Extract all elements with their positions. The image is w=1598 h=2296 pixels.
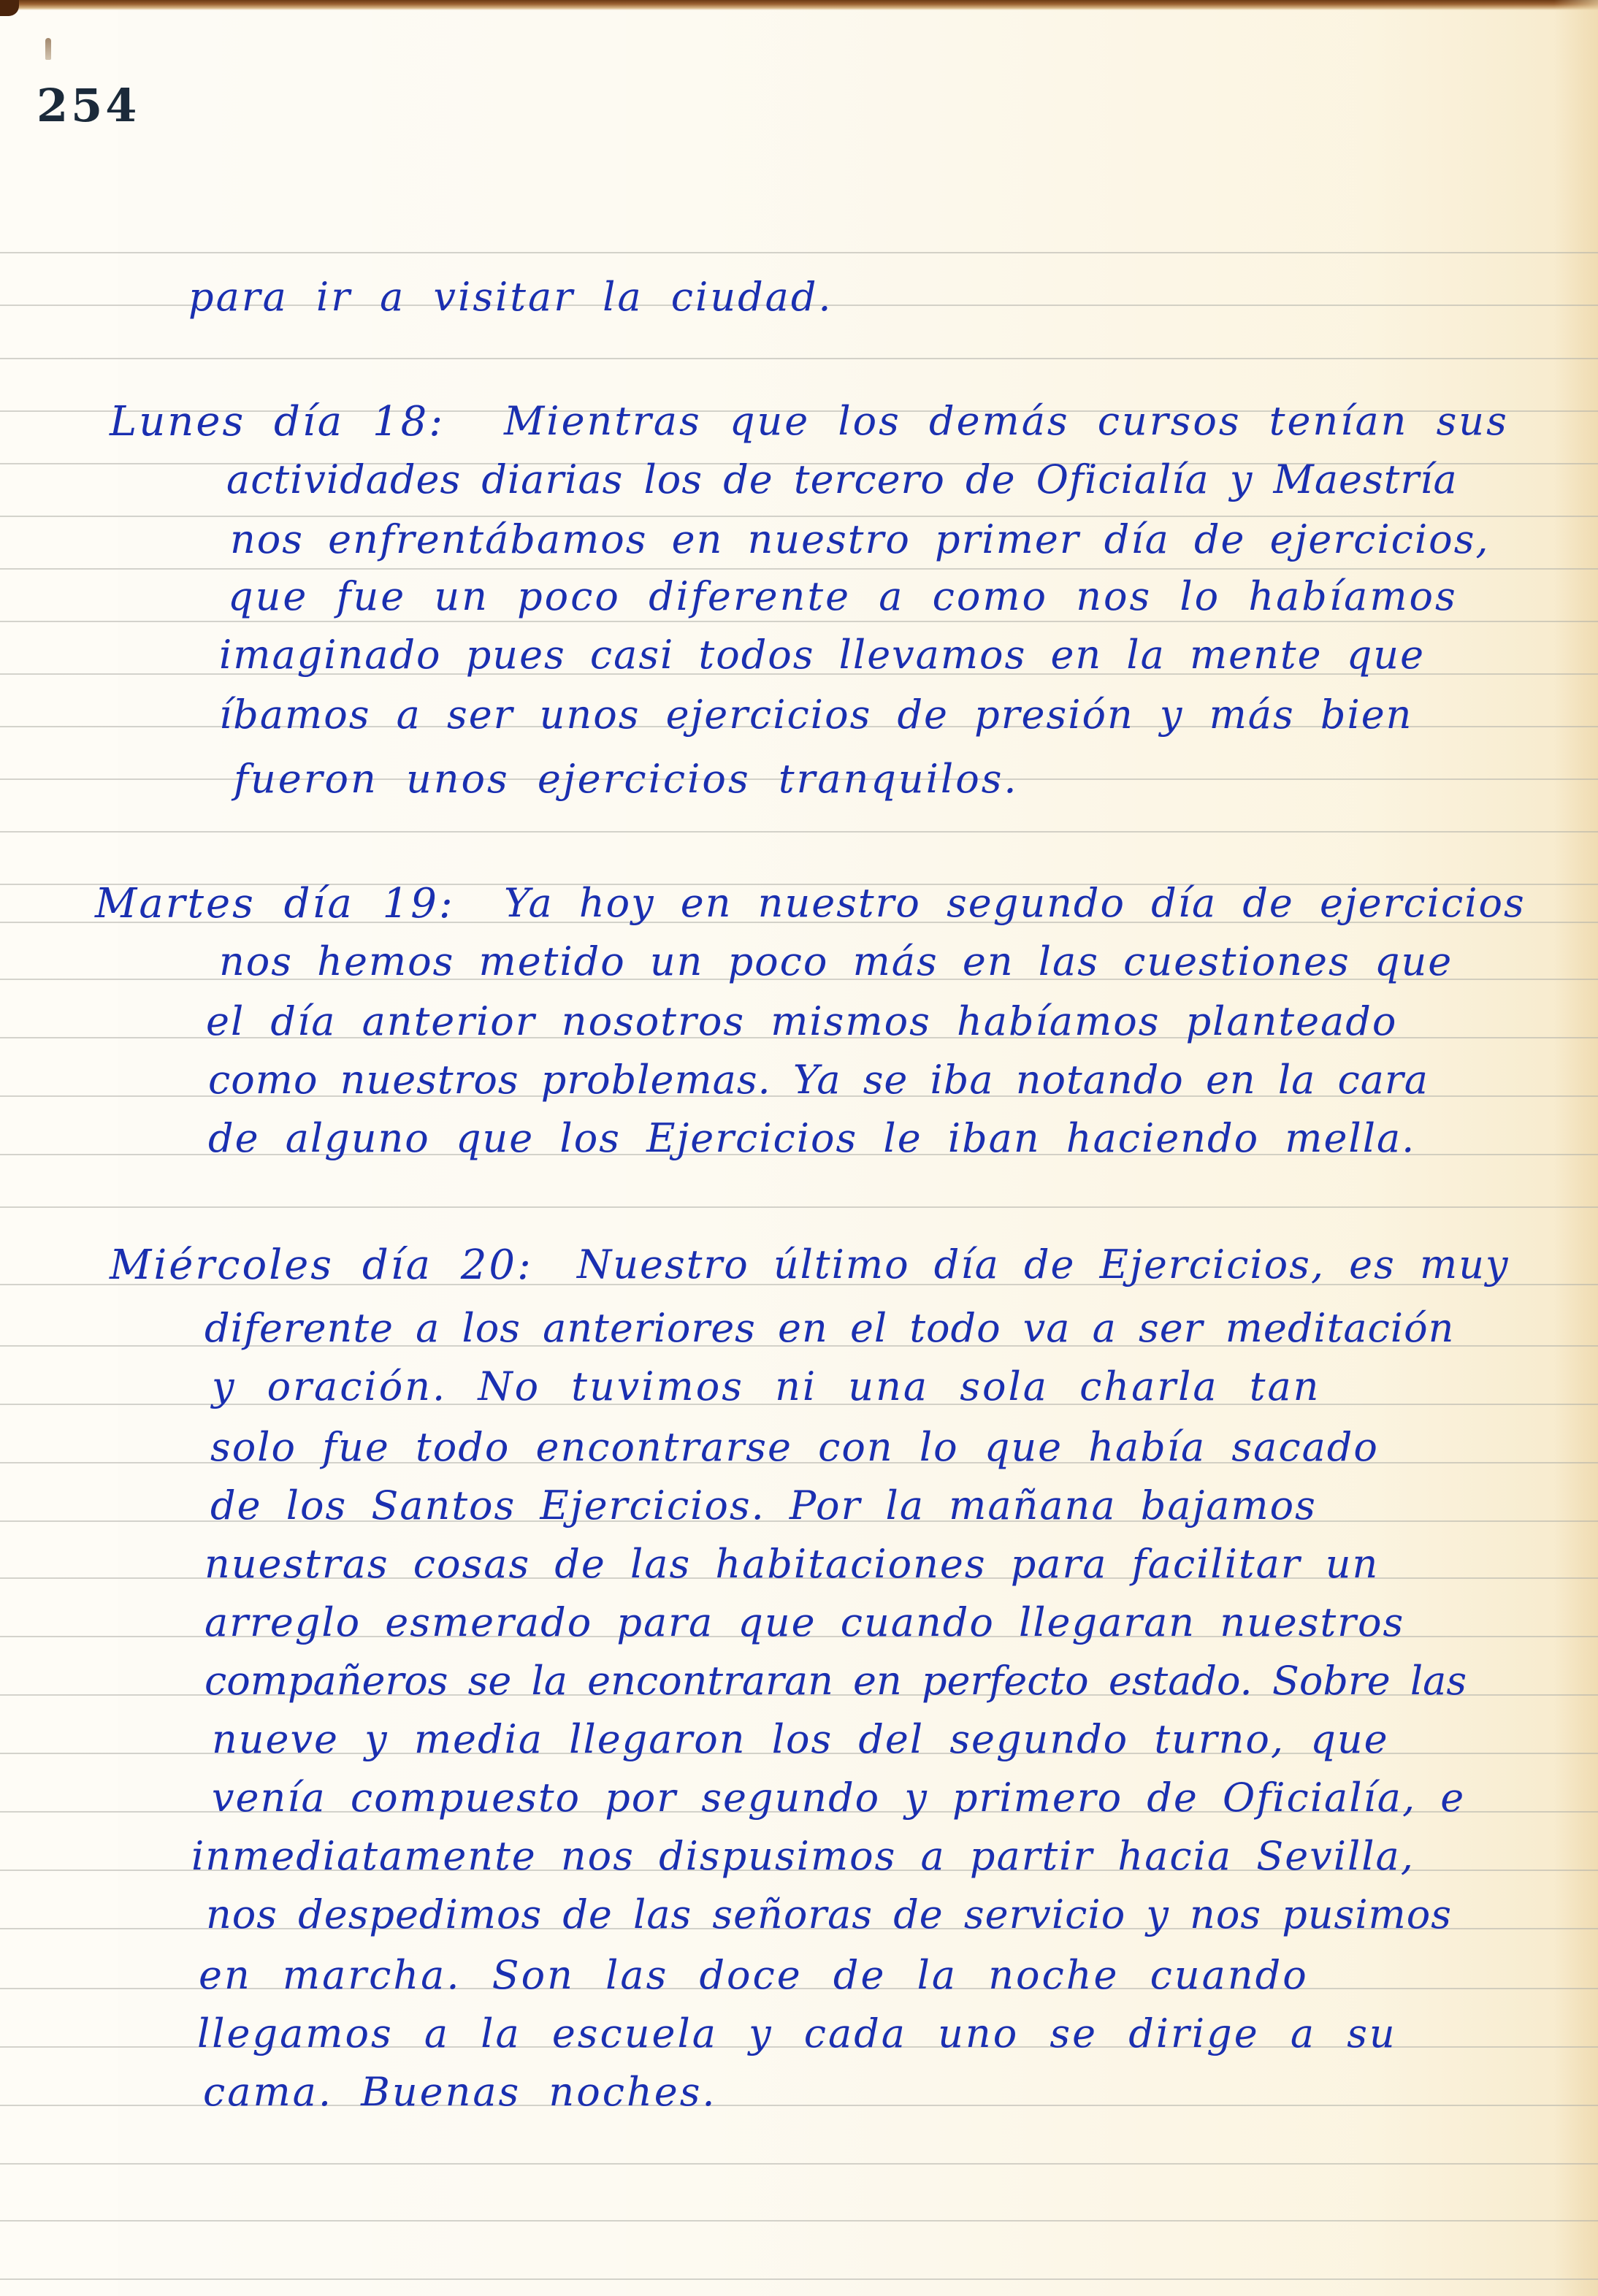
entry-line: nuestras cosas de las habitaciones para … [204, 1545, 1379, 1584]
entry-line: nos despedimos de las señoras de servici… [206, 1895, 1452, 1935]
ruled-line [0, 358, 1598, 359]
ruled-line [0, 252, 1598, 253]
entry-line: actividades diarias los de tercero de Of… [226, 460, 1458, 500]
entry-line: cama. Buenas noches. [203, 2073, 717, 2112]
entry-line: compañeros se la encontraran en perfecto… [204, 1661, 1467, 1701]
entry-line: íbamos a ser unos ejercicios de presión … [219, 695, 1412, 735]
ruled-line [0, 2163, 1598, 2165]
entry-line: arreglo esmerado para que cuando llegara… [204, 1603, 1404, 1642]
page-number: 254 [37, 79, 139, 132]
entry-line: fueron unos ejercicios tranquilos. [234, 759, 1019, 799]
entry-day-label-miercoles: Miércoles día 20: [110, 1245, 533, 1286]
entry-line: nueve y media llegaron los del segundo t… [212, 1720, 1389, 1759]
entry-line: en marcha. Son las doce de la noche cuan… [199, 1956, 1309, 1995]
ruled-line [0, 831, 1598, 833]
entry-line: nos enfrentábamos en nuestro primer día … [230, 520, 1490, 559]
entry-line: de los Santos Ejercicios. Por la mañana … [210, 1486, 1317, 1526]
entry-line: de alguno que los Ejercicios le iban hac… [208, 1119, 1415, 1158]
entry-line: Ya hoy en nuestro segundo día de ejercic… [504, 884, 1526, 923]
entry-line: imaginado pues casi todos llevamos en la… [219, 635, 1425, 675]
ink-mark [45, 38, 51, 60]
ruled-line [0, 2278, 1598, 2280]
entry-line: Mientras que los demás cursos tenían sus [504, 402, 1509, 441]
entry-line: y oración. No tuvimos ni una sola charla… [212, 1367, 1320, 1407]
entry-day-label-martes: Martes día 19: [95, 884, 455, 925]
page-corner-stain [0, 0, 19, 16]
entry-line: venía compuesto por segundo y primero de… [212, 1778, 1465, 1818]
entry-line: como nuestros problemas. Ya se iba notan… [208, 1060, 1429, 1100]
page-binding-shadow [1554, 0, 1598, 2296]
entry-line: el día anterior nosotros mismos habíamos… [206, 1002, 1397, 1041]
entry-day-label-lunes: Lunes día 18: [110, 402, 445, 443]
entry-line: diferente a los anteriores en el todo va… [204, 1309, 1454, 1348]
entry-line: nos hemos metido un poco más en las cues… [219, 942, 1453, 981]
ruled-line [0, 2220, 1598, 2222]
entry-line: llegamos a la escuela y cada uno se diri… [197, 2014, 1397, 2054]
notebook-page: 254 para ir a visitar la ciudad. Lunes d… [0, 0, 1598, 2296]
page-top-edge [0, 0, 1598, 10]
entry-line: que fue un poco diferente a como nos lo … [228, 577, 1458, 616]
entry-line: inmediatamente nos dispusimos a partir h… [191, 1837, 1415, 1876]
continuation-text: para ir a visitar la ciudad. [188, 278, 833, 317]
entry-line: solo fue todo encontrarse con lo que hab… [210, 1428, 1379, 1467]
ruled-line [0, 621, 1598, 622]
entry-line: Nuestro último día de Ejercicios, es muy [577, 1245, 1510, 1285]
ruled-line [0, 568, 1598, 570]
ruled-line [0, 1206, 1598, 1208]
